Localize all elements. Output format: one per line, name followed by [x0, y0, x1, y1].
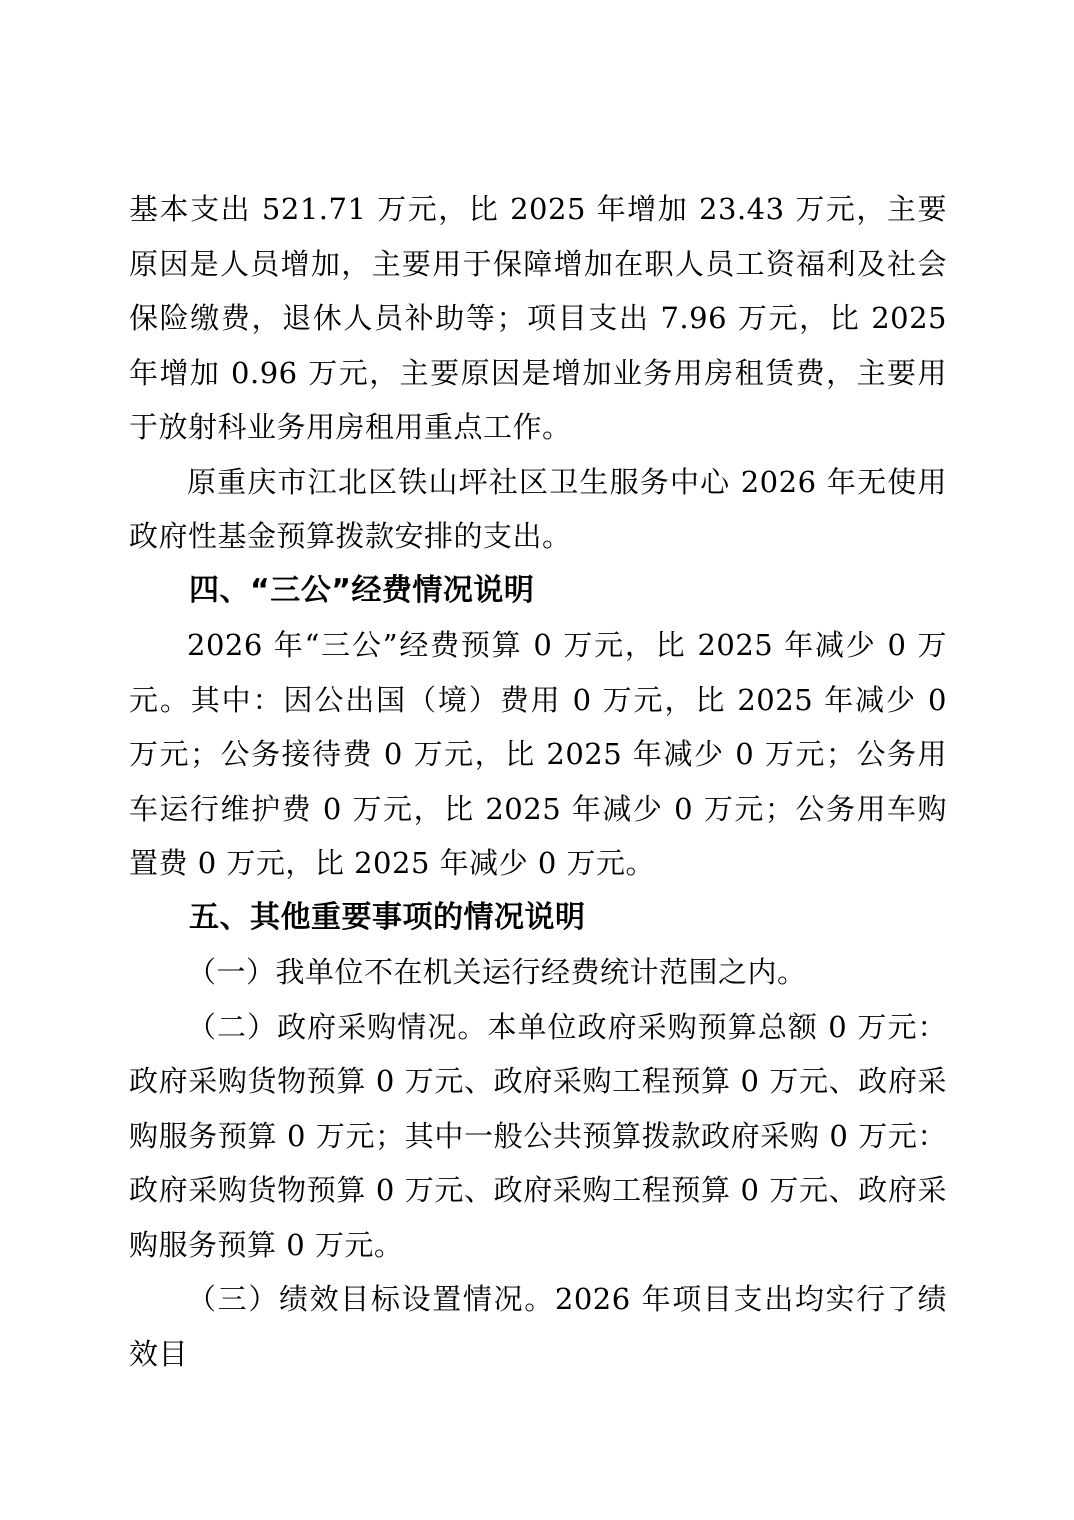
- paragraph-three-public-expenses-detail: 2026 年“三公”经费预算 0 万元，比 2025 年减少 0 万元。其中：因…: [129, 618, 947, 891]
- paragraph-item-three-performance-targets: （三）绩效目标设置情况。2026 年项目支出均实行了绩效目: [129, 1272, 947, 1381]
- paragraph-item-two-government-procurement: （二）政府采购情况。本单位政府采购预算总额 0 万元：政府采购货物预算 0 万元…: [129, 1000, 947, 1273]
- document-text-block: 基本支出 521.71 万元，比 2025 年增加 23.43 万元，主要原因是…: [129, 182, 947, 1381]
- heading-section-four-three-public-expenses: 四、“三公”经费情况说明: [129, 564, 947, 619]
- document-page: 基本支出 521.71 万元，比 2025 年增加 23.43 万元，主要原因是…: [0, 0, 1074, 1520]
- heading-section-five-other-important-matters: 五、其他重要事项的情况说明: [129, 891, 947, 946]
- paragraph-item-one-operating-expenses: （一）我单位不在机关运行经费统计范围之内。: [129, 945, 947, 1000]
- paragraph-government-fund-statement: 原重庆市江北区铁山坪社区卫生服务中心 2026 年无使用政府性基金预算拨款安排的…: [129, 455, 947, 564]
- paragraph-expenditure-continuation: 基本支出 521.71 万元，比 2025 年增加 23.43 万元，主要原因是…: [129, 182, 947, 455]
